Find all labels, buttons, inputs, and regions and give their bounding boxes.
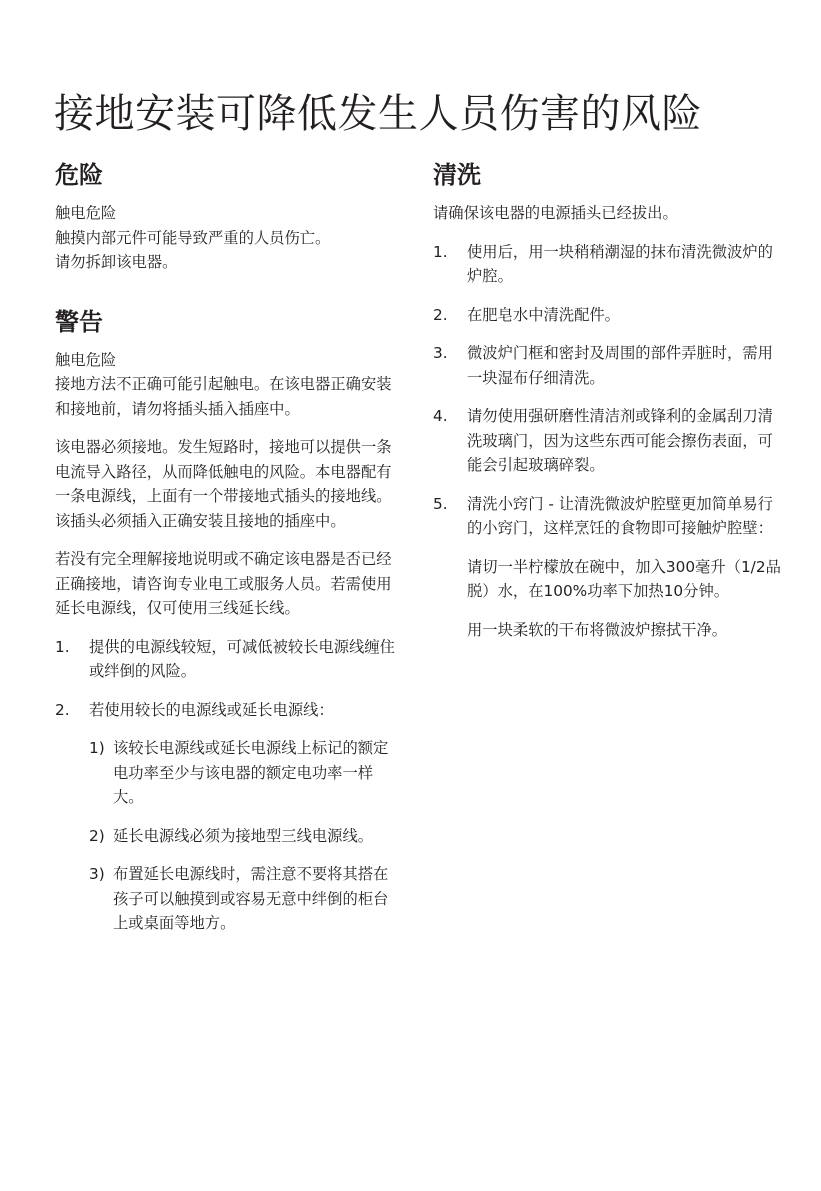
warning-paragraph: 该电器必须接地。发生短路时，接地可以提供一条电流导入路径，从而降低触电的风险。本… — [55, 435, 400, 533]
list-item-number: 1. — [433, 240, 467, 289]
list-item-body: 清洗小窍门 - 让清洗微波炉腔壁更加简单易行的小窍门，这样烹饪的食物即可接触炉腔… — [467, 492, 788, 643]
sub-list-item: 1) 该较长电源线或延长电源线上标记的额定电功率至少与该电器的额定电功率一样大。 — [89, 736, 400, 810]
sub-list: 1) 该较长电源线或延长电源线上标记的额定电功率至少与该电器的额定电功率一样大。… — [89, 736, 400, 936]
sub-item-number: 2) — [89, 824, 113, 849]
list-item: 4. 请勿使用强研磨性清洁剂或锋利的金属刮刀清洗玻璃门，因为这些东西可能会擦伤表… — [433, 404, 788, 478]
list-item-text: 提供的电源线较短，可减低被较长电源线缠住或绊倒的风险。 — [89, 635, 400, 684]
list-item-text: 请勿使用强研磨性清洁剂或锋利的金属刮刀清洗玻璃门，因为这些东西可能会擦伤表面，可… — [467, 404, 788, 478]
list-item-body: 若使用较长的电源线或延长电源线： 1) 该较长电源线或延长电源线上标记的额定电功… — [89, 698, 400, 950]
section-spacer — [55, 275, 400, 305]
sub-list-item: 2) 延长电源线必须为接地型三线电源线。 — [89, 824, 400, 849]
list-item: 2. 若使用较长的电源线或延长电源线： 1) 该较长电源线或延长电源线上标记的额… — [55, 698, 400, 950]
cleaning-heading: 清洗 — [433, 158, 788, 192]
cleaning-intro: 请确保该电器的电源插头已经拔出。 — [433, 201, 788, 226]
list-item-number: 2. — [55, 698, 89, 950]
list-item-number: 5. — [433, 492, 467, 643]
warning-section: 警告 触电危险 接地方法不正确可能引起触电。在该电器正确安装和接地前，请勿将插头… — [55, 305, 400, 950]
cleaning-list: 1. 使用后，用一块稍稍潮湿的抹布清洗微波炉的炉腔。 2. 在肥皂水中清洗配件。… — [433, 240, 788, 643]
list-item: 3. 微波炉门框和密封及周围的部件弄脏时，需用一块湿布仔细清洗。 — [433, 341, 788, 390]
sub-item-text: 延长电源线必须为接地型三线电源线。 — [113, 824, 373, 849]
list-item: 1. 提供的电源线较短，可减低被较长电源线缠住或绊倒的风险。 — [55, 635, 400, 684]
list-item-number: 1. — [55, 635, 89, 684]
list-item-number: 4. — [433, 404, 467, 478]
danger-section: 危险 触电危险 触摸内部元件可能导致严重的人员伤亡。 请勿拆卸该电器。 — [55, 158, 400, 275]
list-item-number: 2. — [433, 303, 467, 328]
page-title: 接地安装可降低发生人员伤害的风险 — [54, 88, 702, 140]
warning-paragraph: 若没有完全理解接地说明或不确定该电器是否已经正确接地，请咨询专业电工或服务人员。… — [55, 547, 400, 621]
danger-line: 请勿拆卸该电器。 — [55, 250, 400, 275]
danger-line: 触摸内部元件可能导致严重的人员伤亡。 — [55, 226, 400, 251]
list-item-text: 若使用较长的电源线或延长电源线： — [89, 701, 334, 719]
warning-heading: 警告 — [55, 305, 400, 339]
list-item-text: 使用后，用一块稍稍潮湿的抹布清洗微波炉的炉腔。 — [467, 240, 788, 289]
cleaning-section: 清洗 请确保该电器的电源插头已经拔出。 1. 使用后，用一块稍稍潮湿的抹布清洗微… — [433, 158, 788, 642]
sub-item-text: 布置延长电源线时，需注意不要将其搭在孩子可以触摸到或容易无意中绊倒的柜台上或桌面… — [113, 862, 400, 936]
tip-paragraph: 用一块柔软的干布将微波炉擦拭干净。 — [467, 618, 788, 643]
warning-intro-line: 触电危险 — [55, 348, 400, 373]
sub-item-text: 该较长电源线或延长电源线上标记的额定电功率至少与该电器的额定电功率一样大。 — [113, 736, 400, 810]
sub-item-number: 3) — [89, 862, 113, 936]
list-item: 5. 清洗小窍门 - 让清洗微波炉腔壁更加简单易行的小窍门，这样烹饪的食物即可接… — [433, 492, 788, 643]
warning-intro-line: 接地方法不正确可能引起触电。在该电器正确安装和接地前，请勿将插头插入插座中。 — [55, 372, 400, 421]
list-item-text: 在肥皂水中清洗配件。 — [467, 303, 788, 328]
list-item: 2. 在肥皂水中清洗配件。 — [433, 303, 788, 328]
list-item-text: 清洗小窍门 - 让清洗微波炉腔壁更加简单易行的小窍门，这样烹饪的食物即可接触炉腔… — [467, 495, 773, 538]
danger-line: 触电危险 — [55, 201, 400, 226]
list-item-text: 微波炉门框和密封及周围的部件弄脏时，需用一块湿布仔细清洗。 — [467, 341, 788, 390]
sub-item-number: 1) — [89, 736, 113, 810]
sub-list-item: 3) 布置延长电源线时，需注意不要将其搭在孩子可以触摸到或容易无意中绊倒的柜台上… — [89, 862, 400, 936]
warning-intro: 触电危险 接地方法不正确可能引起触电。在该电器正确安装和接地前，请勿将插头插入插… — [55, 348, 400, 422]
list-item: 1. 使用后，用一块稍稍潮湿的抹布清洗微波炉的炉腔。 — [433, 240, 788, 289]
right-column: 清洗 请确保该电器的电源插头已经拔出。 1. 使用后，用一块稍稍潮湿的抹布清洗微… — [433, 158, 788, 656]
tip-paragraph: 请切一半柠檬放在碗中，加入300毫升（1/2品脱）水，在100%功率下加热10分… — [467, 555, 788, 604]
danger-heading: 危险 — [55, 158, 400, 192]
list-item-number: 3. — [433, 341, 467, 390]
left-column: 危险 触电危险 触摸内部元件可能导致严重的人员伤亡。 请勿拆卸该电器。 警告 触… — [55, 158, 400, 964]
warning-list: 1. 提供的电源线较短，可减低被较长电源线缠住或绊倒的风险。 2. 若使用较长的… — [55, 635, 400, 950]
